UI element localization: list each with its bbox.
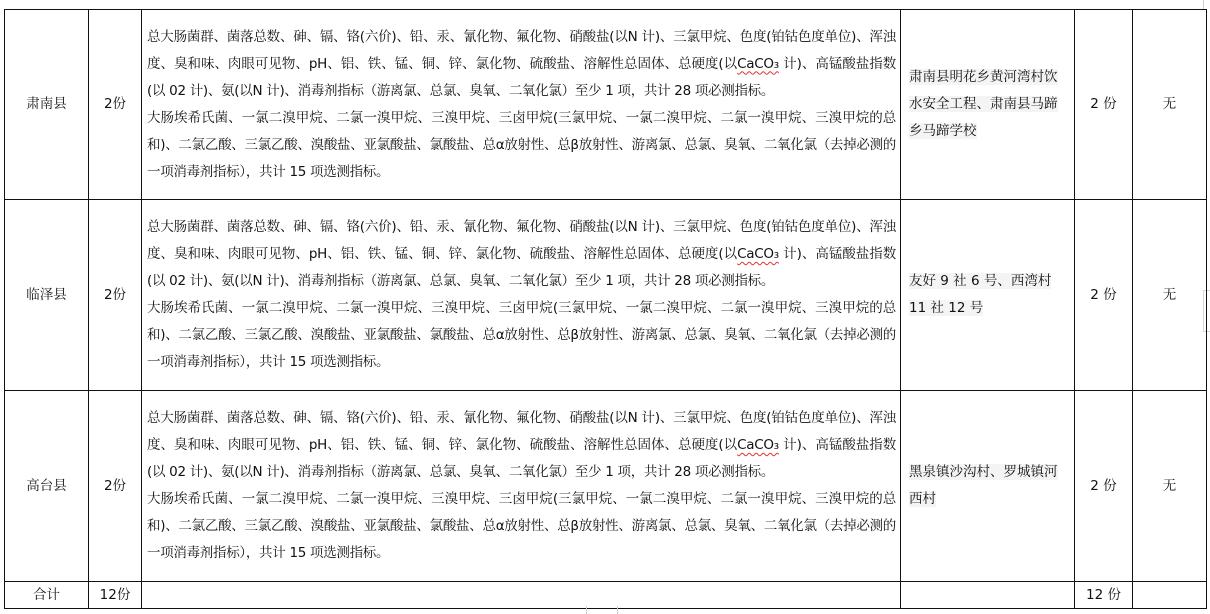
optional-items-text: 大肠埃希氏菌、一氯二溴甲烷、二氯一溴甲烷、三溴甲烷、三卤甲烷(三氯甲烷、一氯二溴… — [147, 486, 896, 567]
sampling-sites-cell: 肃南县明花乡黄河湾村饮水安全工程、肃南县马蹄乡马蹄学校 — [901, 10, 1075, 200]
sampling-sites-text: 黑泉镇沙沟村、罗城镇河西村 — [909, 464, 1058, 507]
county-cell: 临泽县 — [5, 200, 89, 391]
test-items-cell: 总大肠菌群、菌落总数、砷、镉、铬(六价)、铅、汞、氰化物、氟化物、硝酸盐(以N … — [142, 391, 901, 582]
optional-items-text: 大肠埃希氏菌、一氯二溴甲烷、二氯一溴甲烷、三溴甲烷、三卤甲烷(三氯甲烷、一氯二溴… — [147, 295, 896, 376]
site-quantity-cell: 2 份 — [1075, 10, 1133, 200]
sampling-sites-text: 友好 9 社 6 号、西湾村 11 社 12 号 — [909, 273, 1051, 316]
site-quantity-cell: 2 份 — [1075, 391, 1133, 582]
sample-quantity-cell: 2份 — [89, 391, 142, 582]
other-cell: 无 — [1133, 200, 1207, 391]
sampling-plan-table: 肃南县 2份 总大肠菌群、菌落总数、砷、镉、铬(六价)、铅、汞、氰化物、氟化物、… — [4, 9, 1207, 609]
test-items-cell: 总大肠菌群、菌落总数、砷、镉、铬(六价)、铅、汞、氰化物、氟化物、硝酸盐(以N … — [142, 200, 901, 391]
required-items-text: 总大肠菌群、菌落总数、砷、镉、铬(六价)、铅、汞、氰化物、氟化物、硝酸盐(以N … — [147, 24, 896, 105]
other-cell: 无 — [1133, 10, 1207, 200]
page-edge-marker — [586, 606, 618, 614]
total-sample-quantity-cell: 12份 — [89, 582, 142, 609]
sample-quantity-cell: 2份 — [89, 200, 142, 391]
required-items-text: 总大肠菌群、菌落总数、砷、镉、铬(六价)、铅、汞、氰化物、氟化物、硝酸盐(以N … — [147, 214, 896, 295]
site-quantity-cell: 2 份 — [1075, 200, 1133, 391]
spellcheck-flagged-term: CaCO₃ — [737, 246, 779, 262]
total-test-items-cell — [142, 582, 901, 609]
county-cell: 肃南县 — [5, 10, 89, 200]
sampling-sites-cell: 黑泉镇沙沟村、罗城镇河西村 — [901, 391, 1075, 582]
table-row: 肃南县 2份 总大肠菌群、菌落总数、砷、镉、铬(六价)、铅、汞、氰化物、氟化物、… — [5, 10, 1207, 200]
optional-items-text: 大肠埃希氏菌、一氯二溴甲烷、二氯一溴甲烷、三溴甲烷、三卤甲烷(三氯甲烷、一氯二溴… — [147, 105, 896, 186]
table-row: 临泽县 2份 总大肠菌群、菌落总数、砷、镉、铬(六价)、铅、汞、氰化物、氟化物、… — [5, 200, 1207, 391]
required-items-text: 总大肠菌群、菌落总数、砷、镉、铬(六价)、铅、汞、氰化物、氟化物、硝酸盐(以N … — [147, 405, 896, 486]
total-sampling-sites-cell — [901, 582, 1075, 609]
sampling-sites-text: 肃南县明花乡黄河湾村饮水安全工程、肃南县马蹄乡马蹄学校 — [909, 69, 1058, 139]
county-cell: 高台县 — [5, 391, 89, 582]
spellcheck-flagged-term: CaCO₃ — [737, 56, 779, 72]
total-other-cell — [1133, 582, 1207, 609]
spellcheck-flagged-term: CaCO₃ — [737, 437, 779, 453]
total-row: 合计 12份 12 份 — [5, 582, 1207, 609]
total-site-quantity-cell: 12 份 — [1075, 582, 1133, 609]
total-label-cell: 合计 — [5, 582, 89, 609]
sampling-sites-cell: 友好 9 社 6 号、西湾村 11 社 12 号 — [901, 200, 1075, 391]
test-items-cell: 总大肠菌群、菌落总数、砷、镉、铬(六价)、铅、汞、氰化物、氟化物、硝酸盐(以N … — [142, 10, 901, 200]
document-page: 肃南县 2份 总大肠菌群、菌落总数、砷、镉、铬(六价)、铅、汞、氰化物、氟化物、… — [0, 0, 1210, 614]
table-row: 高台县 2份 总大肠菌群、菌落总数、砷、镉、铬(六价)、铅、汞、氰化物、氟化物、… — [5, 391, 1207, 582]
sample-quantity-cell: 2份 — [89, 10, 142, 200]
other-cell: 无 — [1133, 391, 1207, 582]
